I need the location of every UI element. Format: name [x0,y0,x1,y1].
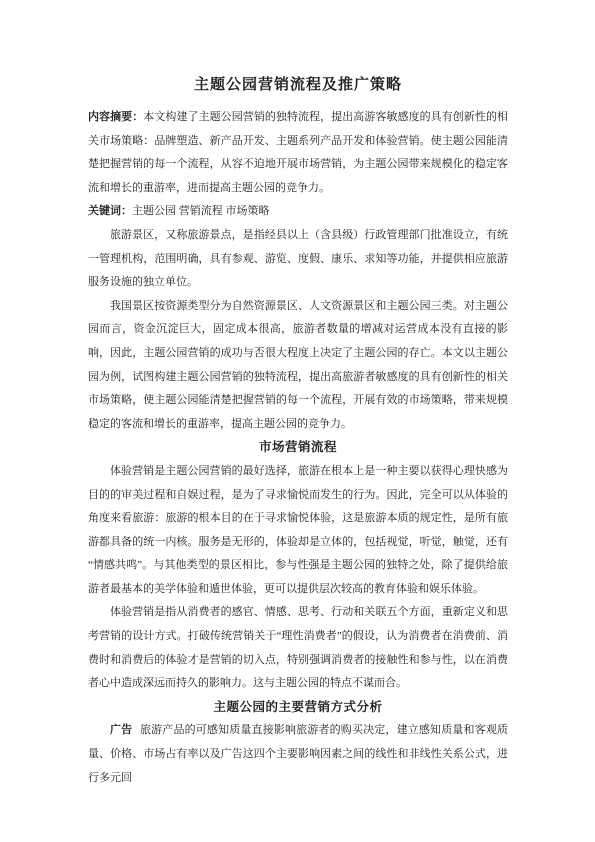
section-heading-marketing-process: 市场营销流程 [88,436,508,460]
paragraph-experience-marketing-definition: 体验营销是指从消费者的感官、情感、思考、行动和关联五个方面，重新定义和思考营销的… [88,601,508,695]
paragraph-advertising: 广告旅游产品的可感知质量直接影响旅游者的购买决定，建立感知质量和客观质量、价格、… [88,719,508,790]
document-page: 主题公园营销流程及推广策略 内容摘要：本文构建了主题公园营销的独特流程，提出高游… [0,0,595,842]
advertising-text: 旅游产品的可感知质量直接影响旅游者的购买决定，建立感知质量和客观质量、价格、市场… [88,724,508,783]
abstract-text: 本文构建了主题公园营销的独特流程，提出高游客敏感度的具有创新性的相关市场策略：品… [88,111,508,194]
advertising-label: 广告 [110,724,132,736]
paragraph-experience-marketing-choice: 体验营销是主题公园营销的最好选择，旅游在根本上是一种主要以获得心理快感为目的的审… [88,460,508,602]
intro-paragraph-scenic-area-definition: 旅游景区，又称旅游景点，是指经县以上（含县级）行政管理部门批准设立，有统一管理机… [88,224,508,295]
abstract-paragraph: 内容摘要：本文构建了主题公园营销的独特流程，提出高游客敏感度的具有创新性的相关市… [88,106,508,200]
keywords-paragraph: 关键词：主题公园 营销流程 市场策略 [88,200,508,224]
abstract-label: 内容摘要： [88,111,143,123]
document-title: 主题公园营销流程及推广策略 [88,74,508,96]
keywords-text: 主题公园 营销流程 市场策略 [132,205,270,217]
section-heading-marketing-methods: 主题公园的主要营销方式分析 [88,696,508,720]
intro-paragraph-theme-park-context: 我国景区按资源类型分为自然资源景区、人文资源景区和主题公园三类。对主题公园而言，… [88,295,508,437]
keywords-label: 关键词： [88,205,132,217]
